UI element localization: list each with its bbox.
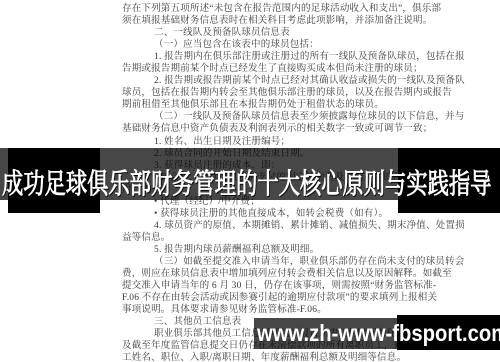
document-line: • 获得球员注册的其他直接成本，如转会税费（如有）。 [122,208,438,220]
watermark-url: www.zh-www-fbsport.com [257,319,500,347]
article-image: 存在下列第五项所述“未包含在报告范围内的足球活动收入和支出”，俱乐部须在填报基础… [0,0,500,362]
document-line: 期前租借至其他俱乐部且在本报告期仍处于租借状态的球员。 [122,99,438,111]
document-line: （一）应当包含在该表中的球员包括： [122,39,438,51]
document-line: 益等信息。 [122,232,438,244]
document-line: 事项说明。具体要求请参见财务监管标准-F.06。 [122,304,438,316]
document-line: （二）一线队及预备队球员信息表至少须披露每位球员的以下信息，并与 [122,111,438,123]
document-line: 存在下列第五项所述“未包含在报告范围内的足球活动收入和支出”，俱乐部 [122,3,438,15]
article-title: 成功足球俱乐部财务管理的十大核心原则与实践指导 [2,167,491,200]
document-line: 须在填报基础财务信息表时在相关科目考虑此项影响，并添加备注说明。 [122,15,438,27]
document-line: 工姓名、职位、入职/离职日期、年度薪酬福利总额及明细等信息。 [122,352,438,362]
document-line: 4. 球员资产的原值、本期摊销、累计摊销、减值损失、期末净值、处置损 [122,220,438,232]
document-line: 费，则应在球员信息表中增加填列应付转会费相关信息以及原因解释。如截至 [122,268,438,280]
document-line: 5. 报告期内球员薪酬福利总额及明细。 [122,244,438,256]
document-line: 1. 报告期内在俱乐部注册或注册过的所有一线队及预备队球员，包括在报 [122,51,438,63]
document-line: 告期或报告期前某个时点已经发生了直接购买成本但尚未注册的球员； [122,63,438,75]
document-line: 2. 报告期或报告期前某个时点已经对其确认收益或损失的一线队及预备队 [122,75,438,87]
document-line: （三）如截至提交准入申请当年，职业俱乐部仍存在尚未支付的球员转会 [122,256,438,268]
document-line: 提交准入申请当年的 6 月 30 日，仍存在该事项，则需按照“财务监管标准- [122,280,438,292]
document-line: 1. 姓名、出生日期及注册编号； [122,136,438,148]
document-line: 二、一线队及预备队球员信息表 [122,27,438,39]
document-line: F.06 不存在由转会活动或因参赛引起的逾期应付款项”的要求填列上报相关 [122,292,438,304]
document-line: 球员，包括在报告期内转会至其他俱乐部注册的球员，以及在报告期内或报告 [122,87,438,99]
document-line: 基础财务信息中资产负债表及利润表列示的相关数字一致或可调节一致； [122,123,438,135]
